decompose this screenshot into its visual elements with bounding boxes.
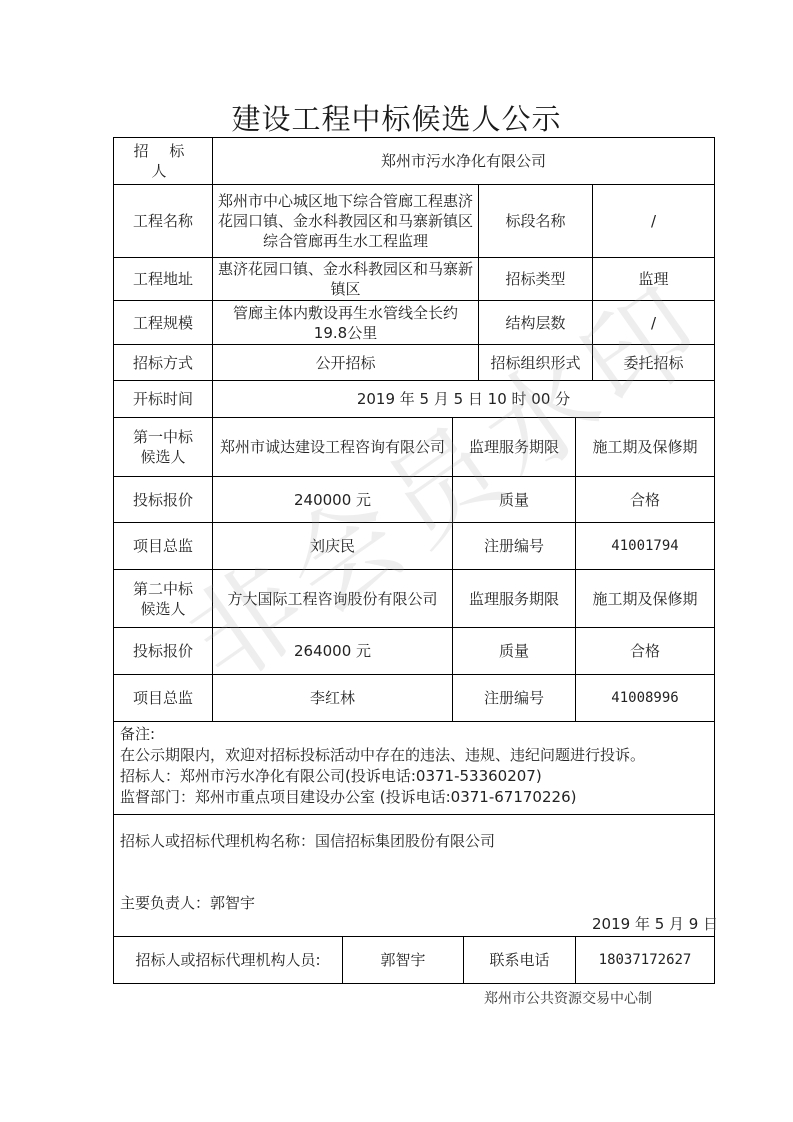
tender-type-value: 监理 — [592, 257, 715, 301]
opening-time-label: 开标时间 — [113, 380, 213, 418]
candidate-1-reg-value: 41001794 — [575, 522, 715, 570]
notes-block: 备注: 在公示期限内，欢迎对招标投标活动中存在的违法、违规、违纪问题进行投诉。 … — [113, 721, 715, 815]
project-name-value: 郑州市中心城区地下综合管廊工程惠济花园口镇、金水科教园区和马寨新镇区综合管廊再生… — [212, 184, 479, 258]
candidate-2-period-value: 施工期及保修期 — [575, 569, 715, 628]
candidate-2-reg-value: 41008996 — [575, 674, 715, 722]
opening-time-value: 2019 年 5 月 5 日 10 时 00 分 — [212, 380, 715, 418]
section-name-label: 标段名称 — [478, 184, 593, 258]
contact-person: 郭智宇 — [342, 936, 464, 984]
contact-phone: 18037172627 — [575, 936, 715, 984]
candidate-1-name: 郑州市诚达建设工程咨询有限公司 — [212, 417, 453, 477]
candidate-2-quality-value: 合格 — [575, 627, 715, 675]
tender-method-value: 公开招标 — [212, 344, 479, 381]
candidate-1-director-value: 刘庆民 — [212, 522, 453, 570]
candidate-2-quality-label: 质量 — [452, 627, 576, 675]
candidate-1-quality-label: 质量 — [452, 476, 576, 523]
candidate-2-director-value: 李红林 — [212, 674, 453, 722]
structure-floors-label: 结构层数 — [478, 300, 593, 345]
page-title: 建设工程中标候选人公示 — [0, 97, 793, 138]
project-scale-value: 管廊主体内敷设再生水管线全长约19.8公里 — [212, 300, 479, 345]
project-name-label: 工程名称 — [113, 184, 213, 258]
candidate-2-bid-value: 264000 元 — [212, 627, 453, 675]
tender-organization-value: 委托招标 — [592, 344, 715, 381]
candidate-1-bid-value: 240000 元 — [212, 476, 453, 523]
tender-method-label: 招标方式 — [113, 344, 213, 381]
tender-organization-label: 招标组织形式 — [478, 344, 593, 381]
candidate-1-rank-label: 第一中标候选人 — [113, 417, 213, 477]
candidate-2-reg-label: 注册编号 — [452, 674, 576, 722]
candidate-2-rank-label: 第二中标候选人 — [113, 569, 213, 628]
structure-floors-value: / — [592, 300, 715, 345]
notes-heading: 备注: — [120, 724, 708, 745]
tenderer-label: 招 标 人 — [113, 137, 213, 185]
footer-issuer: 郑州市公共资源交易中心制 — [484, 988, 652, 1008]
project-scale-label: 工程规模 — [113, 300, 213, 345]
notes-line-2: 招标人：郑州市污水净化有限公司(投诉电话:0371-53360207) — [120, 766, 708, 787]
agency-date: 2019 年 5 月 9 日 — [592, 913, 718, 934]
notes-line-1: 在公示期限内，欢迎对招标投标活动中存在的违法、违规、违纪问题进行投诉。 — [120, 745, 708, 766]
contact-phone-label: 联系电话 — [463, 936, 576, 984]
candidate-2-bid-label: 投标报价 — [113, 627, 213, 675]
candidate-1-director-label: 项目总监 — [113, 522, 213, 570]
tenderer-value: 郑州市污水净化有限公司 — [212, 137, 715, 185]
candidate-1-period-value: 施工期及保修期 — [575, 417, 715, 477]
candidate-2-name: 方大国际工程咨询股份有限公司 — [212, 569, 453, 628]
agency-name: 招标人或招标代理机构名称：国信招标集团股份有限公司 — [120, 830, 495, 851]
candidate-1-quality-value: 合格 — [575, 476, 715, 523]
notes-line-3: 监督部门：郑州市重点项目建设办公室 (投诉电话:0371-67170226) — [120, 787, 708, 808]
candidate-1-bid-label: 投标报价 — [113, 476, 213, 523]
candidate-1-period-label: 监理服务期限 — [452, 417, 576, 477]
agency-responsible: 主要负责人：郭智宇 — [120, 892, 255, 913]
contact-label: 招标人或招标代理机构人员: — [113, 936, 343, 984]
candidate-1-reg-label: 注册编号 — [452, 522, 576, 570]
section-name-value: / — [592, 184, 715, 258]
tender-type-label: 招标类型 — [478, 257, 593, 301]
candidate-2-director-label: 项目总监 — [113, 674, 213, 722]
project-address-label: 工程地址 — [113, 257, 213, 301]
candidate-2-period-label: 监理服务期限 — [452, 569, 576, 628]
project-address-value: 惠济花园口镇、金水科教园区和马寨新镇区 — [212, 257, 479, 301]
